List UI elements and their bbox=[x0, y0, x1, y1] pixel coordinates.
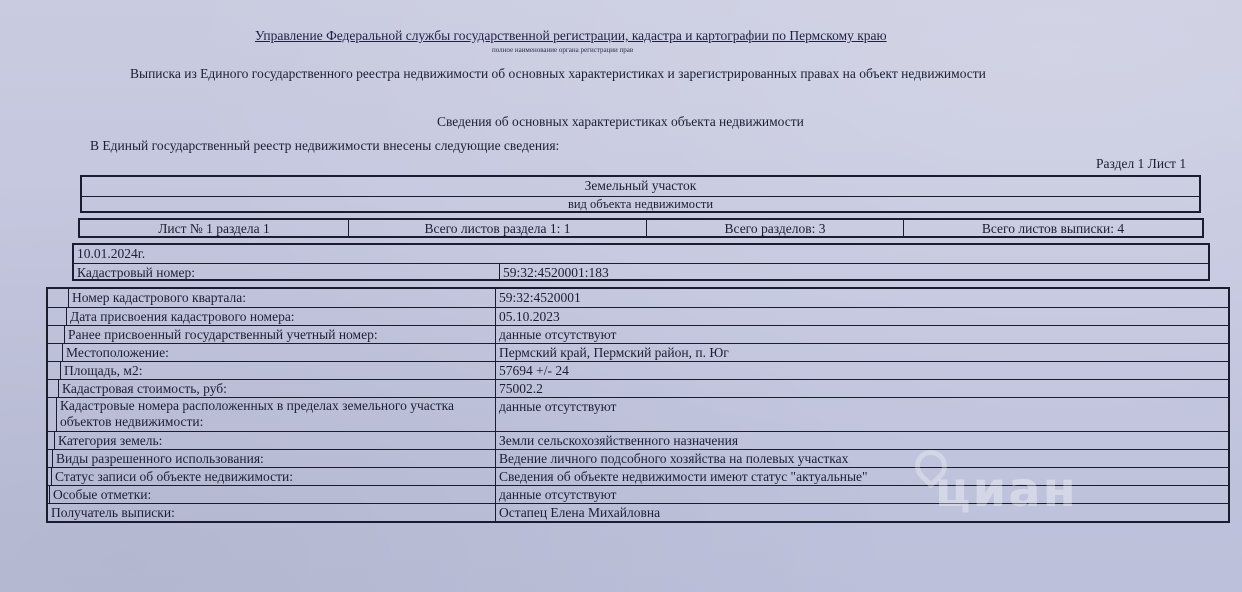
cadastral-number-table: 10.01.2024г. Кадастровый номер: 59:32:45… bbox=[72, 243, 1210, 281]
table-row: Получатель выписки:Остапец Елена Михайло… bbox=[48, 503, 1228, 521]
document-title: Выписка из Единого государственного реес… bbox=[130, 66, 986, 82]
table-row: Дата присвоения кадастрового номера:05.1… bbox=[48, 307, 1228, 325]
organization-name: Управление Федеральной службы государств… bbox=[255, 28, 887, 44]
sheet-info-table: Лист № 1 раздела 1 Всего листов раздела … bbox=[78, 218, 1204, 238]
page-reference: Раздел 1 Лист 1 bbox=[1096, 156, 1186, 172]
object-type-caption: вид объекта недвижимости bbox=[82, 197, 1199, 213]
section-title: Сведения об основных характеристиках объ… bbox=[437, 114, 804, 130]
table-row: Кадастровые номера расположенных в преде… bbox=[48, 397, 1228, 431]
row-value: Сведения об объекте недвижимости имеют с… bbox=[495, 468, 1228, 485]
row-label: Кадастровые номера расположенных в преде… bbox=[56, 398, 495, 431]
extract-sheets-total: Всего листов выписки: 4 bbox=[903, 220, 1202, 236]
cadastral-number-label: Кадастровый номер: bbox=[74, 264, 499, 281]
sections-total: Всего разделов: 3 bbox=[646, 220, 903, 236]
section-sheets-total: Всего листов раздела 1: 1 bbox=[348, 220, 646, 236]
row-value: данные отсутствуют bbox=[495, 486, 1228, 503]
organization-caption: полное наименование органа регистрации п… bbox=[492, 46, 633, 54]
details-table: Номер кадастрового квартала:59:32:452000… bbox=[46, 287, 1230, 523]
row-value: 05.10.2023 bbox=[495, 308, 1228, 325]
row-value: Пермский край, Пермский район, п. Юг bbox=[495, 344, 1228, 361]
row-value: Земли сельскохозяйственного назначения bbox=[495, 432, 1228, 449]
row-label: Местоположение: bbox=[62, 344, 495, 361]
table-row: Местоположение:Пермский край, Пермский р… bbox=[48, 343, 1228, 361]
row-value: 59:32:4520001 bbox=[495, 289, 1228, 307]
row-label: Получатель выписки: bbox=[48, 504, 495, 521]
table-row: Статус записи об объекте недвижимости:Св… bbox=[48, 467, 1228, 485]
row-label: Ранее присвоенный государственный учетны… bbox=[64, 326, 495, 343]
row-label: Категория земель: bbox=[54, 432, 495, 449]
row-value: данные отсутствуют bbox=[495, 398, 1228, 431]
extract-date: 10.01.2024г. bbox=[74, 245, 1208, 263]
row-label: Кадастровая стоимость, руб: bbox=[58, 380, 495, 397]
row-value: данные отсутствуют bbox=[495, 326, 1228, 343]
row-label: Номер кадастрового квартала: bbox=[68, 289, 495, 307]
table-row: Виды разрешенного использования:Ведение … bbox=[48, 449, 1228, 467]
table-row: Площадь, м2:57694 +/- 24 bbox=[48, 361, 1228, 379]
row-value: 57694 +/- 24 bbox=[495, 362, 1228, 379]
row-label: Виды разрешенного использования: bbox=[52, 450, 495, 467]
object-type-table: Земельный участок вид объекта недвижимос… bbox=[80, 175, 1201, 213]
table-row: Категория земель:Земли сельскохозяйствен… bbox=[48, 431, 1228, 449]
cadastral-number-value: 59:32:4520001:183 bbox=[499, 264, 1208, 281]
row-value: Остапец Елена Михайловна bbox=[495, 504, 1228, 521]
object-type-value: Земельный участок bbox=[82, 177, 1199, 196]
row-label: Площадь, м2: bbox=[60, 362, 495, 379]
table-row: Номер кадастрового квартала:59:32:452000… bbox=[48, 289, 1228, 307]
row-value: Ведение личного подсобного хозяйства на … bbox=[495, 450, 1228, 467]
table-row: Особые отметки:данные отсутствуют bbox=[48, 485, 1228, 503]
table-row: Ранее присвоенный государственный учетны… bbox=[48, 325, 1228, 343]
row-label: Дата присвоения кадастрового номера: bbox=[66, 308, 495, 325]
intro-text: В Единый государственный реестр недвижим… bbox=[90, 138, 559, 154]
table-row: Кадастровая стоимость, руб:75002.2 bbox=[48, 379, 1228, 397]
row-label: Статус записи об объекте недвижимости: bbox=[51, 468, 495, 485]
sheet-number: Лист № 1 раздела 1 bbox=[80, 220, 348, 236]
row-value: 75002.2 bbox=[495, 380, 1228, 397]
row-label: Особые отметки: bbox=[49, 486, 495, 503]
